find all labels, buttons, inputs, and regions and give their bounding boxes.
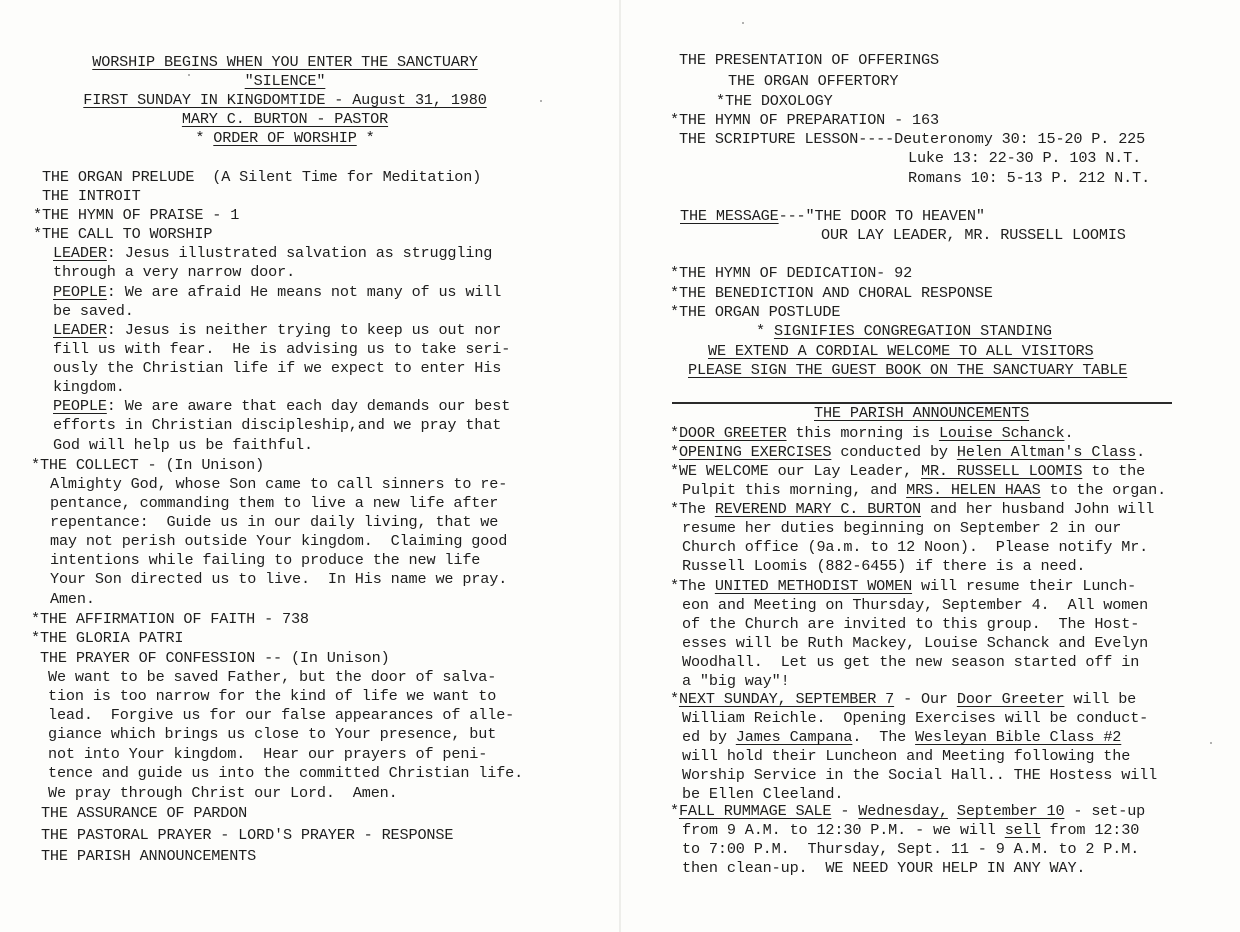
reading-text: : We are aware that each day demands our… [107, 397, 510, 415]
guest-book-text: PLEASE SIGN THE GUEST BOOK ON THE SANCTU… [688, 361, 1127, 379]
order-of-worship-title: * ORDER OF WORSHIP * [70, 129, 500, 148]
announcements-title-text: THE PARISH ANNOUNCEMENTS [814, 404, 1029, 422]
header-line-2: "SILENCE" [70, 72, 500, 91]
announcement-emphasis: Wednesday, [858, 802, 948, 820]
message-title: ---"THE DOOR TO HEAVEN" [779, 207, 985, 225]
order-item: *THE ORGAN POSTLUDE [670, 303, 840, 322]
paper-speck [540, 100, 542, 102]
announcement-line: will hold their Luncheon and Meeting fol… [682, 747, 1130, 766]
order-item: *THE BENEDICTION AND CHORAL RESPONSE [670, 284, 993, 303]
order-item: *THE CALL TO WORSHIP [33, 225, 212, 244]
announcement-text: The [679, 500, 715, 518]
responsive-reading-line: PEOPLE: We are aware that each day deman… [53, 397, 510, 416]
page-fold [619, 0, 621, 932]
announcement-line: from 9 A.M. to 12:30 P.M. - we will sell… [682, 821, 1139, 840]
announcement-text: - [831, 802, 858, 820]
order-item: THE PRESENTATION OF OFFERINGS [670, 51, 939, 70]
order-item: THE INTROIT [33, 187, 141, 206]
prayer-line: may not perish outside Your kingdom. Cla… [50, 532, 507, 551]
announcement-emphasis: Helen Altman's Class [957, 443, 1136, 461]
announcement-text: will resume their Lunch- [912, 577, 1136, 595]
leader-label: LEADER [53, 321, 107, 339]
header-line-1: WORSHIP BEGINS WHEN YOU ENTER THE SANCTU… [70, 53, 500, 72]
prayer-line: intentions while failing to produce the … [50, 551, 480, 570]
order-item: *THE COLLECT - (In Unison) [31, 456, 264, 475]
announcement-text: from 12:30 [1041, 821, 1140, 839]
prayer-line: giance which brings us close to Your pre… [48, 725, 496, 744]
announcement-line: Woodhall. Let us get the new season star… [682, 653, 1139, 672]
right-page: THE PRESENTATION OF OFFERINGS THE ORGAN … [622, 0, 1240, 932]
prayer-line: Your Son directed us to live. In His nam… [50, 570, 507, 589]
responsive-reading-line: God will help us be faithful. [53, 436, 313, 455]
prayer-line: not into Your kingdom. Hear our prayers … [48, 745, 487, 764]
announcement-line: *The REVEREND MARY C. BURTON and her hus… [670, 500, 1154, 519]
order-item: *THE HYMN OF DEDICATION- 92 [670, 264, 912, 283]
responsive-reading-line: efforts in Christian discipleship,and we… [53, 416, 501, 435]
announcement-emphasis: sell [1005, 821, 1041, 839]
order-item: THE SCRIPTURE LESSON----Deuteronomy 30: … [670, 130, 1145, 149]
responsive-reading-line: be saved. [53, 302, 134, 321]
announcement-text [948, 802, 957, 820]
responsive-reading-line: LEADER: Jesus is neither trying to keep … [53, 321, 501, 340]
message-label: THE MESSAGE [680, 207, 779, 225]
announcement-line: Church office (9a.m. to 12 Noon). Please… [682, 538, 1148, 557]
announcement-text: from 9 A.M. to 12:30 P.M. - we will [682, 821, 1005, 839]
announcement-emphasis: DOOR GREETER [679, 424, 787, 442]
announcement-line: esses will be Ruth Mackey, Louise Schanc… [682, 634, 1148, 653]
announcement-text: - Our [894, 690, 957, 708]
reading-text: : Jesus is neither trying to keep us out… [107, 321, 501, 339]
responsive-reading-line: ously the Christian life if we expect to… [53, 359, 501, 378]
prayer-line: We want to be saved Father, but the door… [48, 668, 496, 687]
announcement-text: . [1136, 443, 1145, 461]
left-page: WORSHIP BEGINS WHEN YOU ENTER THE SANCTU… [0, 0, 618, 932]
scripture-reference: Romans 10: 5-13 P. 212 N.T. [908, 169, 1150, 188]
prayer-line: tence and guide us into the committed Ch… [48, 764, 523, 783]
header-text: MARY C. BURTON - PASTOR [182, 110, 388, 128]
announcement-text: conducted by [831, 443, 957, 461]
announcement-line: Pulpit this morning, and MRS. HELEN HAAS… [682, 481, 1166, 500]
order-item: *THE HYMN OF PRAISE - 1 [33, 206, 239, 225]
message-speaker: OUR LAY LEADER, MR. RUSSELL LOOMIS [821, 226, 1126, 245]
announcement-emphasis: James Campana [736, 728, 853, 746]
announcement-emphasis: NEXT SUNDAY, SEPTEMBER 7 [679, 690, 894, 708]
header-line-4: MARY C. BURTON - PASTOR [70, 110, 500, 129]
order-item: THE PARISH ANNOUNCEMENTS [32, 847, 256, 866]
order-item: THE ORGAN OFFERTORY [728, 72, 898, 91]
announcement-line: Russell Loomis (882-6455) if there is a … [682, 557, 1085, 576]
announcement-emphasis: Door Greeter [957, 690, 1065, 708]
scripture-reference: Luke 13: 22-30 P. 103 N.T. [908, 149, 1141, 168]
prayer-line: tion is too narrow for the kind of life … [48, 687, 496, 706]
people-label: PEOPLE [53, 397, 107, 415]
announcement-text: and her husband John will [921, 500, 1154, 518]
announcement-line: *FALL RUMMAGE SALE - Wednesday, Septembe… [670, 802, 1145, 821]
announcement-emphasis: UNITED METHODIST WOMEN [715, 577, 912, 595]
order-item: *THE HYMN OF PREPARATION - 163 [670, 111, 939, 130]
paper-speck [742, 22, 744, 24]
announcement-text: The [679, 577, 715, 595]
announcement-line: *OPENING EXERCISES conducted by Helen Al… [670, 443, 1145, 462]
order-item: THE PRAYER OF CONFESSION -- (In Unison) [31, 649, 390, 668]
prayer-line: lead. Forgive us for our false appearanc… [48, 706, 514, 725]
order-item: THE ASSURANCE OF PARDON [32, 804, 247, 823]
announcement-text: to the [1082, 462, 1145, 480]
announcement-text: . [1064, 424, 1073, 442]
asterisk: * [756, 322, 774, 340]
order-item: *THE AFFIRMATION OF FAITH - 738 [31, 610, 309, 629]
responsive-reading-line: PEOPLE: We are afraid He means not many … [53, 283, 501, 302]
announcement-line: a "big way"! [682, 672, 790, 691]
announcement-emphasis: MRS. HELEN HAAS [906, 481, 1040, 499]
announcements-title: THE PARISH ANNOUNCEMENTS [814, 404, 1029, 423]
announcement-line: *NEXT SUNDAY, SEPTEMBER 7 - Our Door Gre… [670, 690, 1136, 709]
announcement-line: William Reichle. Opening Exercises will … [682, 709, 1148, 728]
paper-speck [1210, 742, 1212, 744]
announcement-line: eon and Meeting on Thursday, September 4… [682, 596, 1148, 615]
announcement-line: to 7:00 P.M. Thursday, Sept. 11 - 9 A.M.… [682, 840, 1139, 859]
announcement-line: ed by James Campana. The Wesleyan Bible … [682, 728, 1121, 747]
announcement-emphasis: Wesleyan Bible Class #2 [915, 728, 1121, 746]
announcement-text: . The [852, 728, 915, 746]
responsive-reading-line: kingdom. [53, 378, 125, 397]
people-label: PEOPLE [53, 283, 107, 301]
announcement-line: *The UNITED METHODIST WOMEN will resume … [670, 577, 1136, 596]
order-item: *THE GLORIA PATRI [31, 629, 183, 648]
guest-book-note: PLEASE SIGN THE GUEST BOOK ON THE SANCTU… [688, 361, 1127, 380]
announcement-text: WE WELCOME our Lay Leader, [679, 462, 921, 480]
announcement-line: of the Church are invited to this group.… [682, 615, 1139, 634]
prayer-line: We pray through Christ our Lord. Amen. [48, 784, 398, 803]
standing-text: SIGNIFIES CONGREGATION STANDING [774, 322, 1052, 340]
welcome-text: WE EXTEND A CORDIAL WELCOME TO ALL VISIT… [708, 342, 1093, 360]
prayer-line: pentance, commanding them to live a new … [50, 494, 498, 513]
announcement-text: - set-up [1064, 802, 1145, 820]
asterisk: * [357, 129, 375, 147]
order-item: *THE DOXOLOGY [716, 92, 833, 111]
header-text: FIRST SUNDAY IN KINGDOMTIDE - August 31,… [83, 91, 486, 109]
responsive-reading-line: through a very narrow door. [53, 263, 295, 282]
header-text: WORSHIP BEGINS WHEN YOU ENTER THE SANCTU… [92, 53, 477, 71]
announcement-emphasis: Louise Schanck [939, 424, 1065, 442]
title-text: ORDER OF WORSHIP [213, 129, 356, 147]
announcement-line: resume her duties beginning on September… [682, 519, 1121, 538]
responsive-reading-line: fill us with fear. He is advising us to … [53, 340, 510, 359]
welcome-note: WE EXTEND A CORDIAL WELCOME TO ALL VISIT… [708, 342, 1093, 361]
announcement-text: ed by [682, 728, 736, 746]
message-line: THE MESSAGE---"THE DOOR TO HEAVEN" [680, 207, 985, 226]
announcement-text: this morning is [787, 424, 939, 442]
announcement-emphasis: REVEREND MARY C. BURTON [715, 500, 921, 518]
announcement-line: *WE WELCOME our Lay Leader, MR. RUSSELL … [670, 462, 1145, 481]
header-line-3: FIRST SUNDAY IN KINGDOMTIDE - August 31,… [70, 91, 500, 110]
announcement-emphasis: FALL RUMMAGE SALE [679, 802, 831, 820]
announcement-text: will be [1064, 690, 1136, 708]
announcement-emphasis: MR. RUSSELL LOOMIS [921, 462, 1082, 480]
paper-speck [188, 74, 190, 76]
leader-label: LEADER [53, 244, 107, 262]
order-item: THE ORGAN PRELUDE (A Silent Time for Med… [33, 168, 481, 187]
standing-note: * SIGNIFIES CONGREGATION STANDING [756, 322, 1052, 341]
prayer-line: repentance: Guide us in our daily living… [50, 513, 498, 532]
prayer-line: Amen. [50, 590, 95, 609]
prayer-line: Almighty God, whose Son came to call sin… [50, 475, 507, 494]
announcement-text: to the organ. [1041, 481, 1167, 499]
order-item: THE PASTORAL PRAYER - LORD'S PRAYER - RE… [32, 826, 453, 845]
reading-text: : Jesus illustrated salvation as struggl… [107, 244, 492, 262]
asterisk: * [195, 129, 213, 147]
announcement-line: Worship Service in the Social Hall.. THE… [682, 766, 1157, 785]
announcement-text: Pulpit this morning, and [682, 481, 906, 499]
announcement-line: *DOOR GREETER this morning is Louise Sch… [670, 424, 1073, 443]
announcement-line: then clean-up. WE NEED YOUR HELP IN ANY … [682, 859, 1085, 878]
announcement-emphasis: September 10 [957, 802, 1065, 820]
header-text: "SILENCE" [245, 72, 326, 90]
reading-text: : We are afraid He means not many of us … [107, 283, 501, 301]
responsive-reading-line: LEADER: Jesus illustrated salvation as s… [53, 244, 492, 263]
announcement-emphasis: OPENING EXERCISES [679, 443, 831, 461]
